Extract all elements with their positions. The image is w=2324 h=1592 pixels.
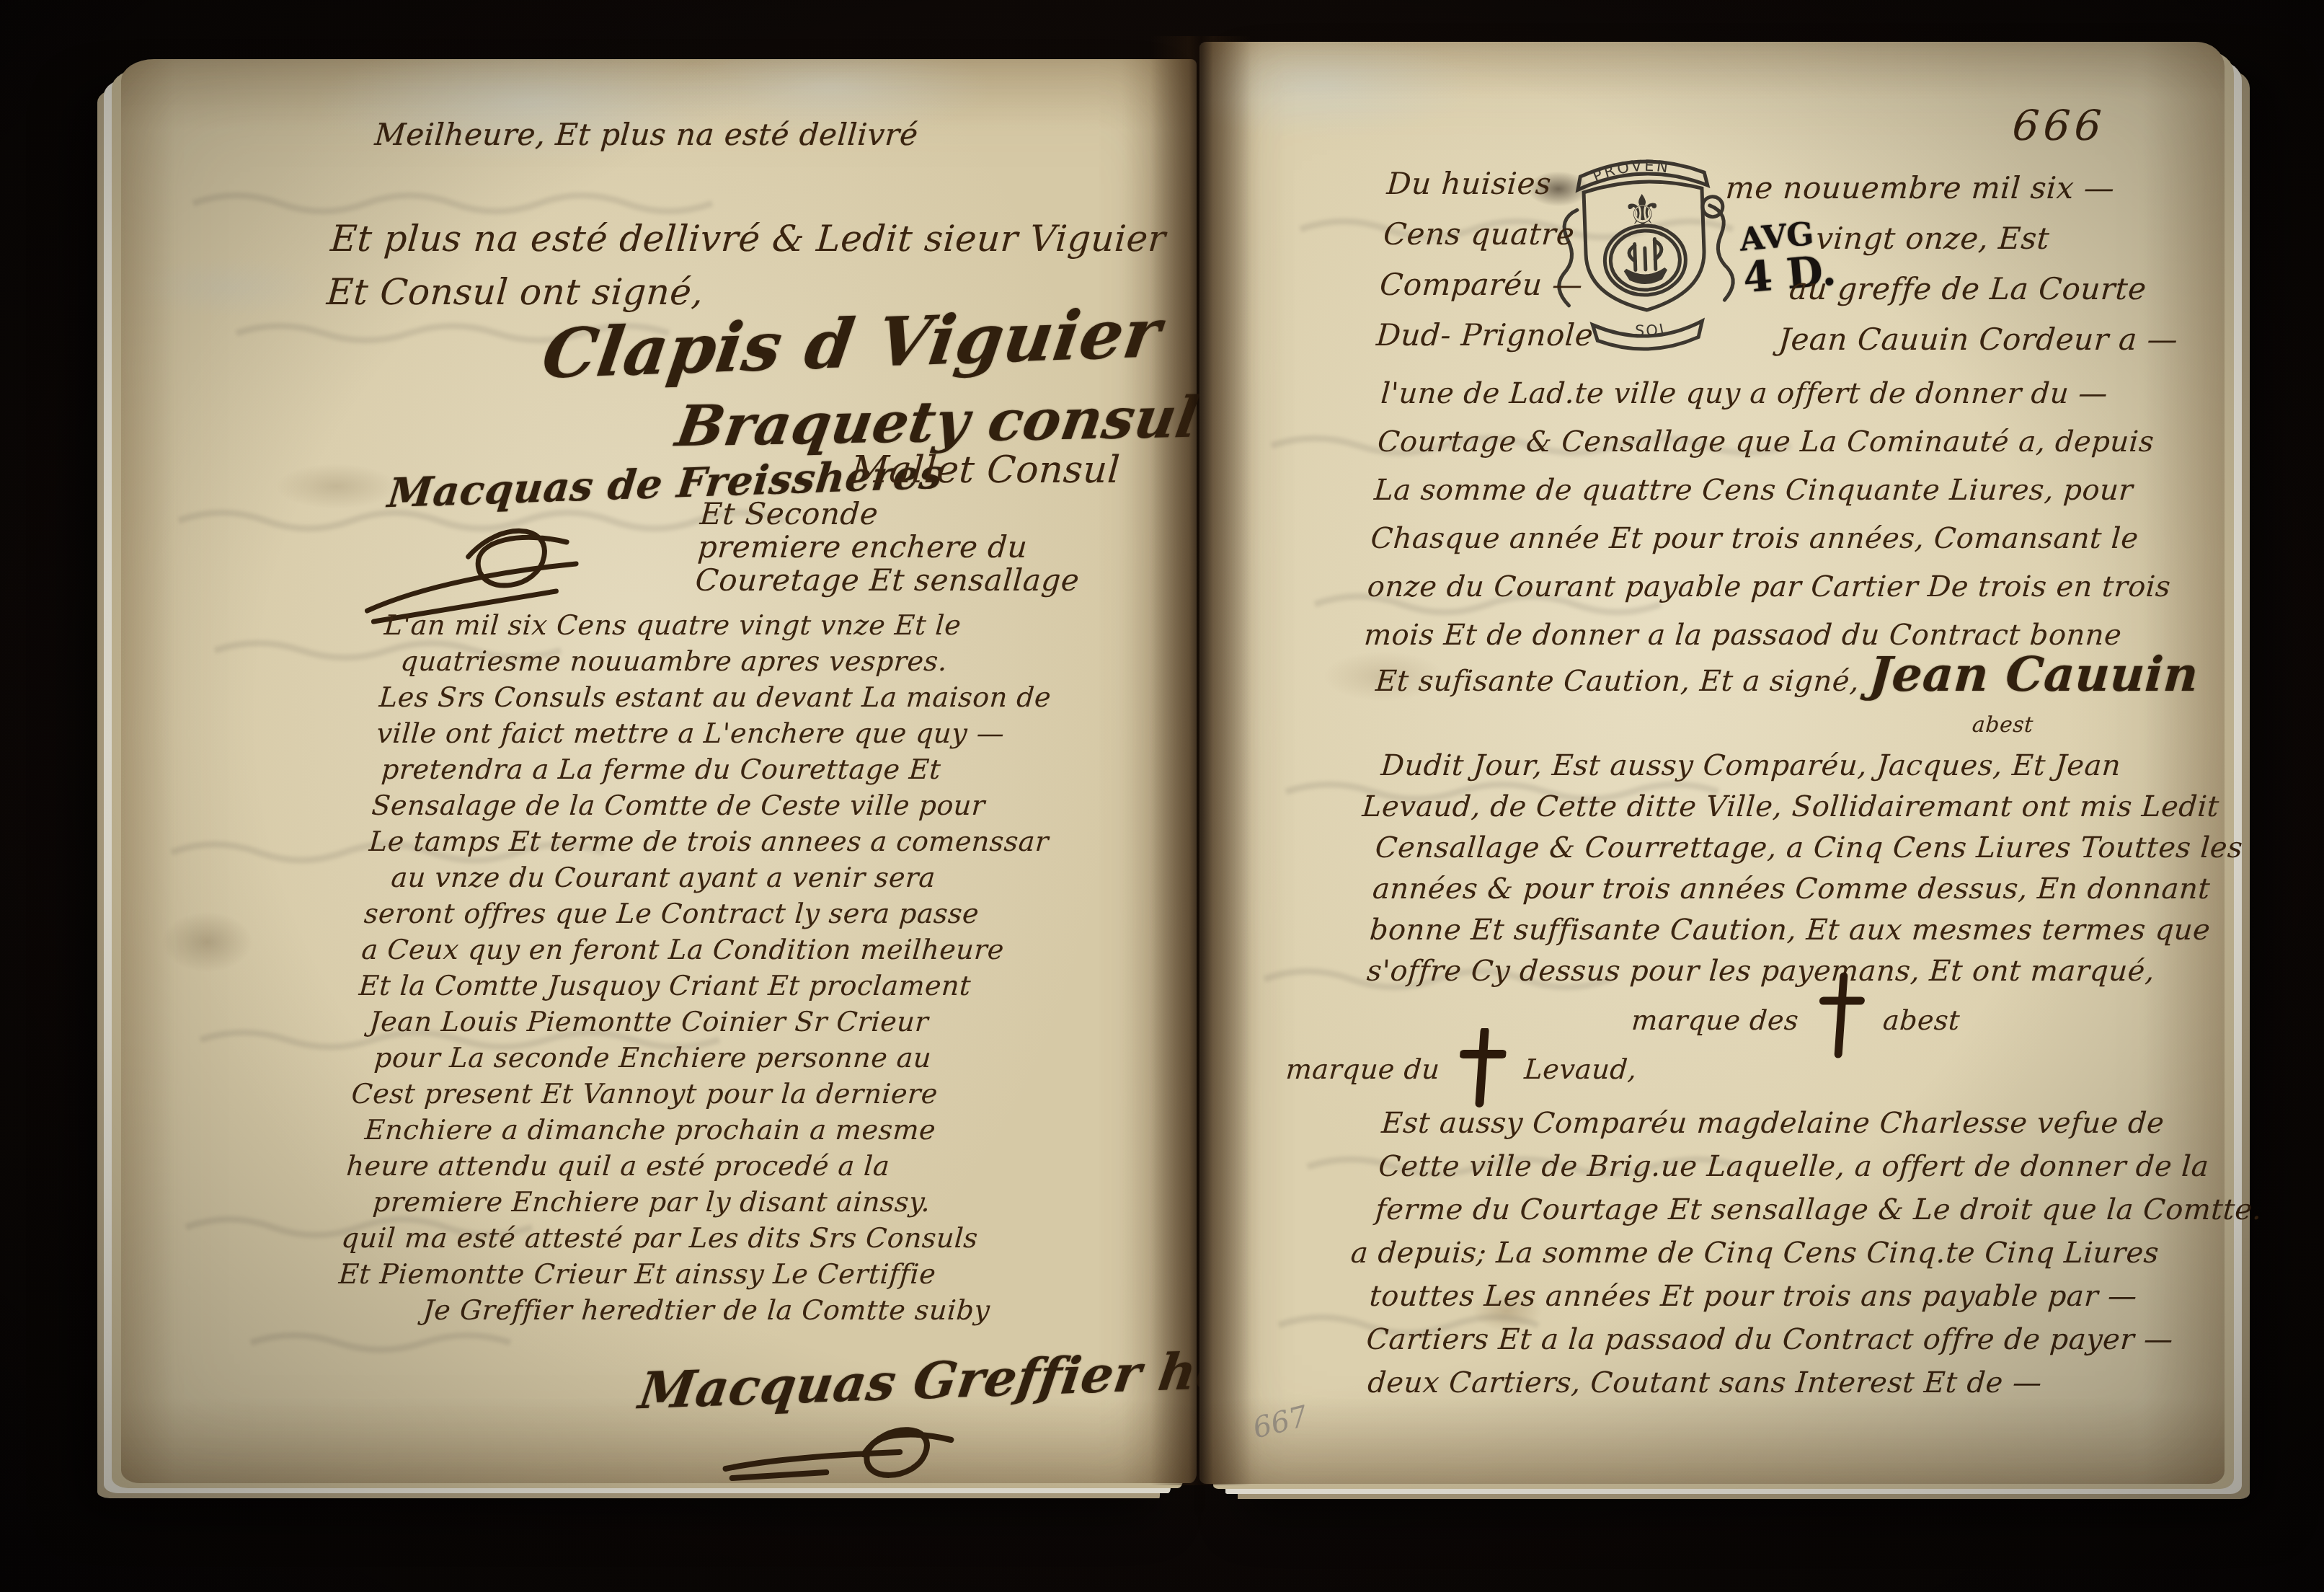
handwritten-line: pretendra a La ferme du Courettage Et bbox=[380, 751, 1055, 787]
para1-body: l'une de Lad.te ville quy a offert de do… bbox=[1362, 370, 2186, 660]
handwritten-line: Et Piemontte Crieur Et ainssy Le Certiff… bbox=[338, 1256, 1020, 1292]
handwritten-line: quatriesme nouuambre apres vespres. bbox=[399, 643, 1063, 679]
handwritten-line: quil ma esté attesté par Les dits Srs Co… bbox=[340, 1220, 1022, 1256]
page-number: 666 bbox=[2011, 101, 2107, 150]
handwritten-line: Et Seconde bbox=[699, 497, 1086, 531]
fleur-de-lis-icon: ⚜ bbox=[1621, 184, 1665, 238]
signature-cross-mark bbox=[1815, 972, 1867, 1058]
handwritten-line: Couretage Et sensallage bbox=[694, 564, 1081, 597]
handwritten-line: l'une de Lad.te ville quy a offert de do… bbox=[1379, 370, 2186, 418]
handwritten-line: Chasque année Et pour trois années, Coma… bbox=[1369, 515, 2176, 563]
handwritten-line: Jean Louis Piemontte Coinier Sr Crieur bbox=[368, 1004, 1037, 1040]
handwritten-line: Jean Cauuin Cordeur a — bbox=[1776, 322, 2179, 372]
handwritten-line: Est aussy Comparéu magdelaine Charlesse … bbox=[1380, 1102, 2269, 1145]
para1-signature-line: Et sufisante Caution, Et a signé, Jean C… bbox=[1374, 646, 2200, 702]
para2-body: Dudit Jour, Est aussy Comparéu, Jacques,… bbox=[1365, 746, 2250, 992]
handwritten-line: Censallage & Courrettage, a Cinq Cens Li… bbox=[1374, 828, 2244, 869]
handwritten-line: me nouuembre mil six — bbox=[1724, 170, 2190, 221]
jean-cauuin-signature: Jean Cauuin bbox=[1867, 646, 2200, 702]
handwritten-line: Sensalage de la Comtte de Ceste ville po… bbox=[371, 787, 1052, 823]
handwritten-line: Et plus na esté dellivré & Ledit sieur V… bbox=[329, 212, 1168, 265]
handwritten-line: La somme de quattre Cens Cinquante Liure… bbox=[1372, 466, 2179, 515]
pencil-folio-number: 667 bbox=[1250, 1399, 1311, 1445]
handwritten-line: Dud- Prignole bbox=[1374, 317, 1595, 368]
para1-left-fragments: Du huisiesCens quatreComparéu —Dud- Prig… bbox=[1374, 166, 1605, 368]
handwritten-line: Courtage & Censallage que La Cominauté a… bbox=[1376, 418, 2183, 466]
right-page: 666 bbox=[1199, 42, 2225, 1484]
act-body-paragraph: L'an mil six Cens quatre vingt vnze Et l… bbox=[335, 607, 1065, 1328]
mark-line-levaud: marque du Levaud, bbox=[1283, 1028, 1640, 1107]
handwritten-line: au greffe de La Courte bbox=[1787, 271, 2183, 322]
manuscript-photo: Meilheure, Et plus na esté dellivré Et p… bbox=[0, 0, 2324, 1592]
stamp-bottom-banner-text: SOL bbox=[1634, 319, 1672, 340]
handwritten-line: ville ont faict mettre a L'enchere que q… bbox=[376, 715, 1057, 751]
mark-line-abest: marque des abest bbox=[1629, 972, 1964, 1058]
folio-note-line: Meilheure, Et plus na esté dellivré bbox=[373, 117, 919, 152]
handwritten-line: Levaud, de Cette ditte Ville, Sollidaire… bbox=[1361, 787, 2247, 828]
handwritten-line: Cens quatre bbox=[1381, 216, 1602, 267]
handwritten-line: Cette ville de Brig.ue Laquelle, a offer… bbox=[1377, 1145, 2266, 1188]
handwritten-line: a Ceux quy en feront La Condition meilhe… bbox=[360, 932, 1042, 968]
handwritten-line: Enchiere a dimanche prochain a mesme bbox=[364, 1112, 1030, 1148]
handwritten-line: Cest present Et Vannoyt pour la derniere bbox=[350, 1076, 1032, 1112]
handwritten-line: Les Srs Consuls estant au devant La mais… bbox=[378, 679, 1060, 715]
handwritten-line: premiere Enchiere par ly disant ainssy. bbox=[372, 1184, 1025, 1220]
mark-abest-suffix: abest bbox=[1882, 1004, 1961, 1036]
interlinear-note-abest: abest bbox=[1972, 712, 2034, 738]
handwritten-line: Cartiers Et a la passaod du Contract off… bbox=[1365, 1318, 2255, 1361]
enchere-heading: Et Secondepremiere enchere duCouretage E… bbox=[694, 497, 1085, 597]
handwritten-line: Dudit Jour, Est aussy Comparéu, Jacques,… bbox=[1380, 746, 2250, 787]
closing-paraph-flourish bbox=[717, 1415, 960, 1494]
mark-levaud-prefix: marque du bbox=[1285, 1053, 1441, 1085]
signature-cross-mark bbox=[1456, 1028, 1508, 1107]
handwritten-line: Je Greffier heredtier de la Comtte suiby bbox=[422, 1292, 1017, 1328]
consul-name-label: Mallet Consul bbox=[849, 448, 1122, 492]
handwritten-line: L'an mil six Cens quatre vingt vnze Et l… bbox=[383, 607, 1065, 643]
handwritten-line: a depuis; La somme de Cinq Cens Cinq.te … bbox=[1349, 1231, 2261, 1275]
handwritten-line: années & pour trois années Comme dessus,… bbox=[1371, 869, 2241, 910]
handwritten-line: vingt onze, Est bbox=[1814, 221, 2186, 271]
handwritten-line: seront offres que Le Contract ly sera pa… bbox=[363, 895, 1045, 932]
handwritten-line: onze du Courant payable par Cartier De t… bbox=[1366, 563, 2173, 611]
handwritten-line: heure attendu quil a esté procedé a la bbox=[345, 1148, 1027, 1184]
handwritten-line: bonne Et suffisante Caution, Et aux mesm… bbox=[1368, 910, 2238, 951]
handwritten-line: Le tamps Et terme de trois annees a come… bbox=[368, 823, 1050, 859]
handwritten-line: Comparéu — bbox=[1378, 267, 1598, 317]
left-page: Meilheure, Et plus na esté dellivré Et p… bbox=[121, 59, 1197, 1483]
handwritten-line: au vnze du Courant ayant a venir sera bbox=[390, 859, 1047, 895]
para1-right-fragments: me nouuembre mil six —vingt onze, Estau … bbox=[1713, 170, 2189, 372]
mark-abest-prefix: marque des bbox=[1631, 1004, 1800, 1036]
handwritten-line: premiere enchere du bbox=[696, 531, 1083, 564]
para3-body: Est aussy Comparéu magdelaine Charlesse … bbox=[1362, 1102, 2269, 1405]
handwritten-line: ferme du Courtage Et sensallage & Le dro… bbox=[1374, 1188, 2263, 1231]
handwritten-line: Du huisies bbox=[1385, 166, 1605, 216]
mark-levaud-suffix: Levaud, bbox=[1523, 1053, 1638, 1085]
handwritten-line: touttes Les années Et pour trois ans pay… bbox=[1368, 1275, 2258, 1318]
handwritten-line: pour La seconde Enchiere personne au bbox=[373, 1040, 1035, 1076]
handwritten-line: deux Cartiers, Coutant sans Interest Et … bbox=[1366, 1361, 2251, 1405]
handwritten-line: Et la Comtte Jusquoy Criant Et proclamen… bbox=[358, 968, 1040, 1004]
para1-sign-prefix: Et sufisante Caution, Et a signé, bbox=[1375, 665, 1870, 698]
